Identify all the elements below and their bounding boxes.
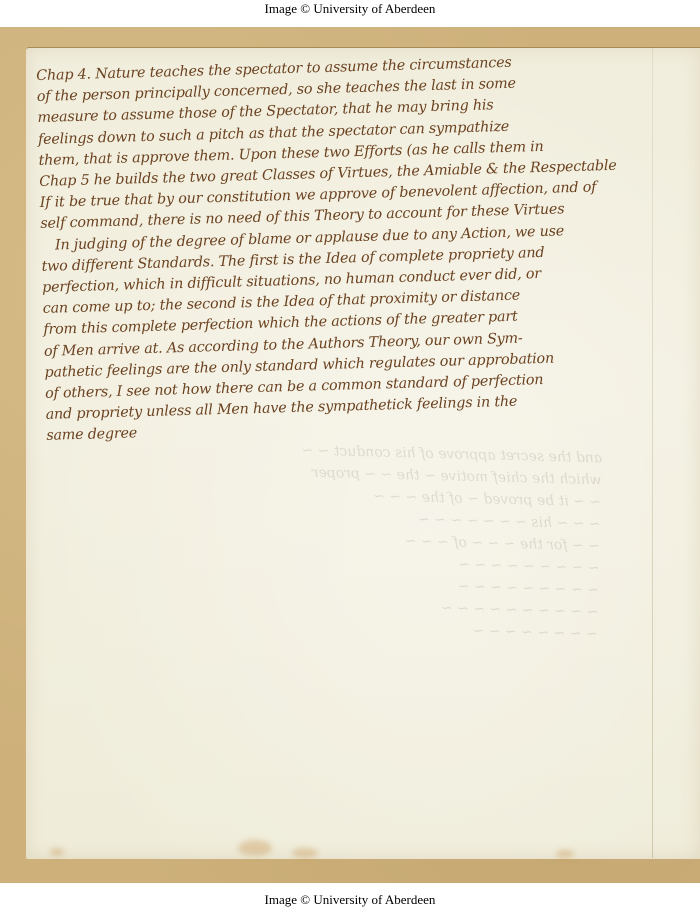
- foxing-stain: [292, 848, 318, 858]
- foxing-stain: [238, 840, 272, 856]
- paper-fold-line: [652, 47, 653, 858]
- foxing-stain: [50, 848, 64, 856]
- foxing-stain: [556, 850, 574, 858]
- manuscript-paragraph-1: Chap 4. Nature teaches the spectator to …: [36, 50, 601, 235]
- manuscript-text: Chap 4. Nature teaches the spectator to …: [36, 50, 606, 447]
- show-through-text: and the secret approve of his conduct ~ …: [38, 433, 603, 646]
- manuscript-paragraph-2: In judging of the degree of blame or app…: [41, 220, 607, 448]
- copyright-caption-bottom: Image © University of Aberdeen: [0, 892, 700, 908]
- copyright-caption-top: Image © University of Aberdeen: [0, 1, 700, 17]
